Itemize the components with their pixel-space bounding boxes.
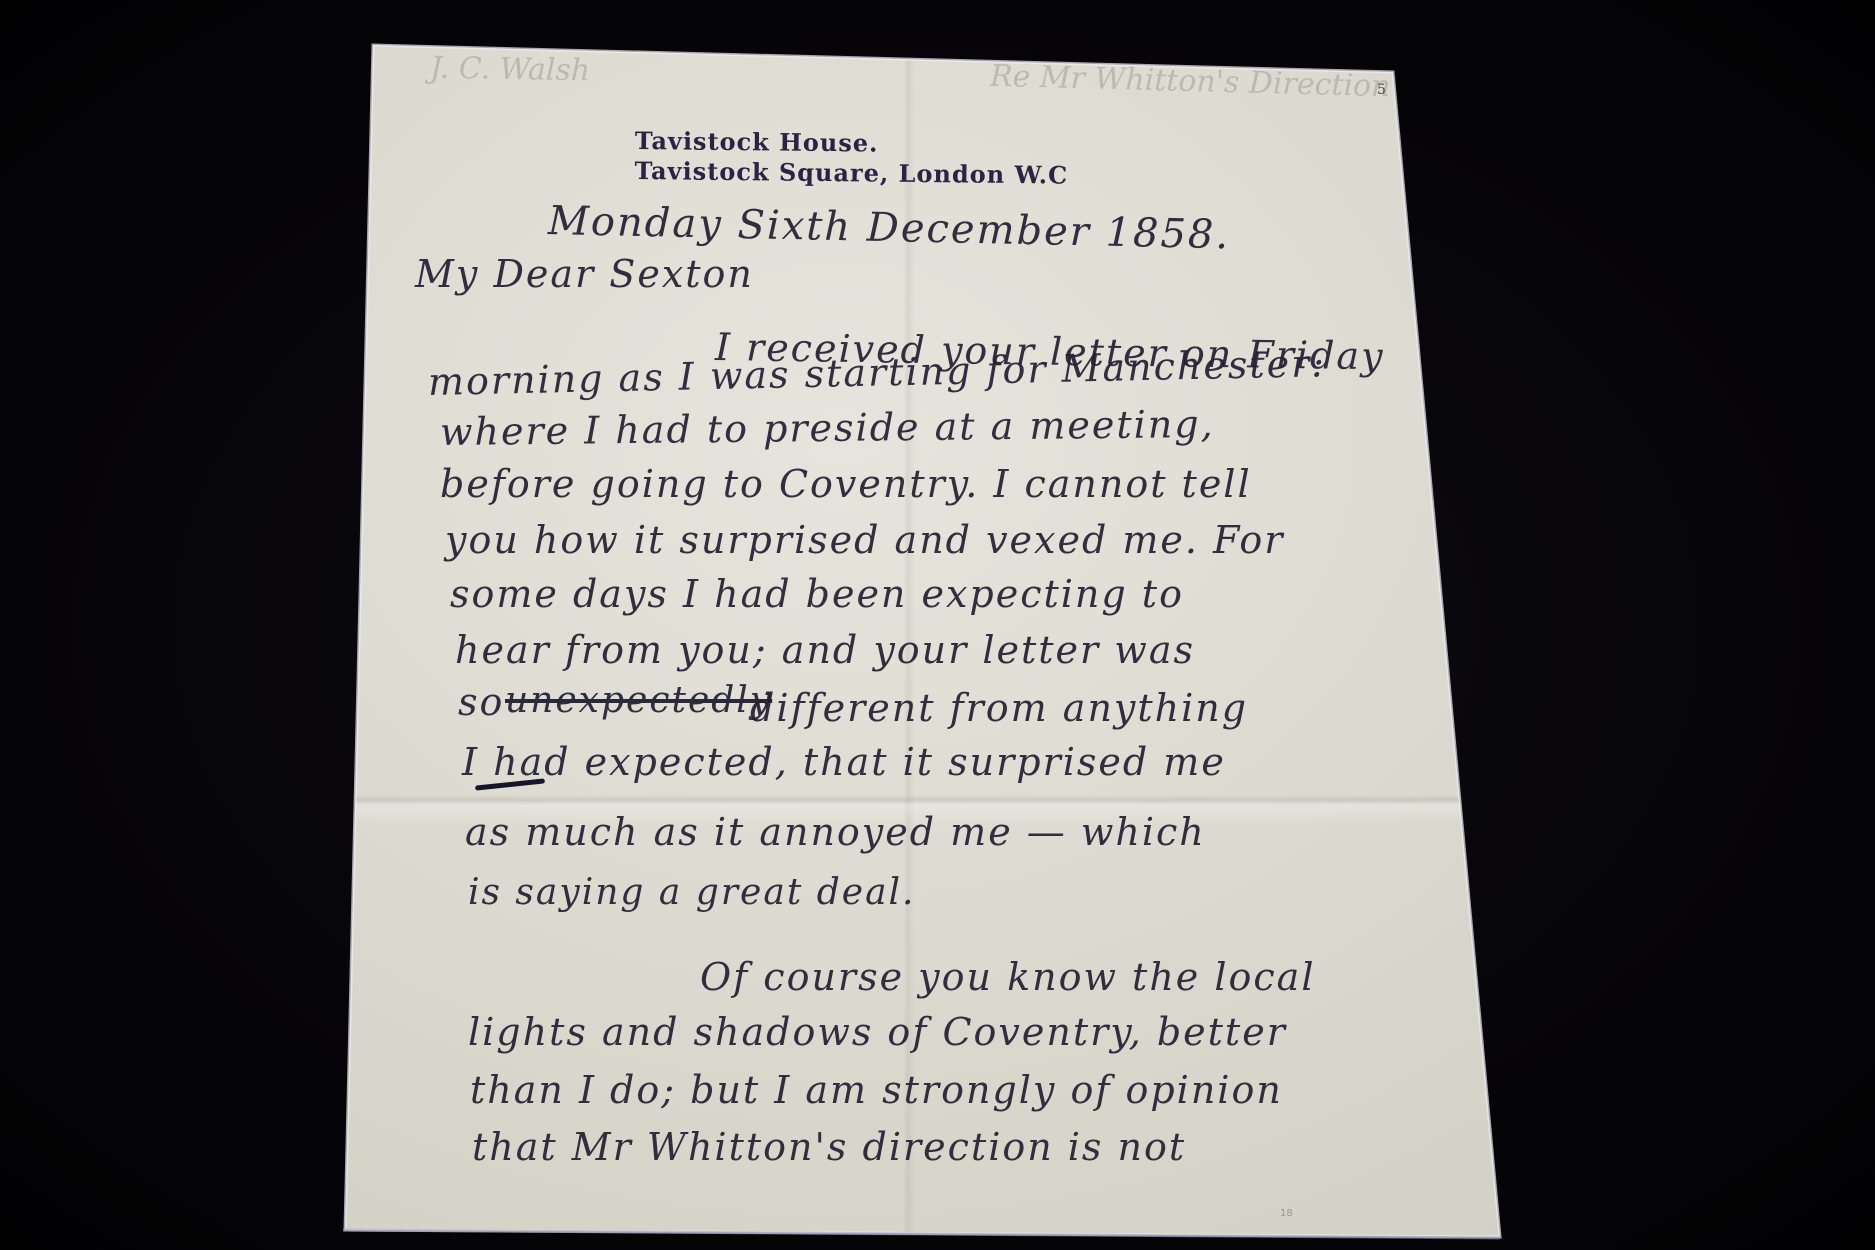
letterhead-line-2: Tavistock Square, London W.C: [634, 156, 1068, 191]
letter-line-11: is saying a great deal.: [468, 872, 916, 913]
footer-mark: 18: [1280, 1208, 1293, 1219]
pencil-annotation-right: Re Mr Whitton's Direction: [990, 59, 1391, 104]
dark-background: J. C. Walsh Re Mr Whitton's Direction 5 …: [0, 0, 1875, 1250]
letter-line-7: hear from you; and your letter was: [455, 628, 1195, 672]
letter-line-2: morning as I was starting for Manchester…: [428, 341, 1327, 404]
letter-line-8-end: different from anything: [750, 686, 1248, 730]
letter-line-15: that Mr Whitton's direction is not: [472, 1125, 1186, 1169]
letter-line-9: I had expected, that it surprised me: [462, 740, 1226, 784]
letter-line-5: you how it surprised and vexed me. For: [445, 518, 1284, 562]
letter-line-13: lights and shadows of Coventry, better: [468, 1010, 1287, 1054]
letter-line-10: as much as it annoyed me — which: [465, 810, 1206, 854]
letter-line-8-start: so: [458, 680, 504, 724]
letter-line-6: some days I had been expecting to: [450, 572, 1184, 616]
pencil-annotation-left: J. C. Walsh: [430, 51, 591, 89]
letter-date: Monday Sixth December 1858.: [548, 198, 1231, 258]
letter-line-14: than I do; but I am strongly of opinion: [470, 1068, 1283, 1112]
letter-line-3: where I had to preside at a meeting,: [440, 402, 1215, 454]
letter-salutation: My Dear Sexton: [415, 252, 754, 296]
letter-line-4: before going to Coventry. I cannot tell: [440, 462, 1252, 506]
struck-through-word: unexpectedly: [505, 680, 772, 721]
letterhead-line-1: Tavistock House.: [635, 126, 1069, 161]
page-number: 5: [1377, 82, 1386, 98]
letterhead: Tavistock House. Tavistock Square, Londo…: [634, 126, 1068, 191]
letter-content: J. C. Walsh Re Mr Whitton's Direction 5 …: [0, 0, 1875, 1250]
letter-line-12: Of course you know the local: [700, 955, 1315, 999]
